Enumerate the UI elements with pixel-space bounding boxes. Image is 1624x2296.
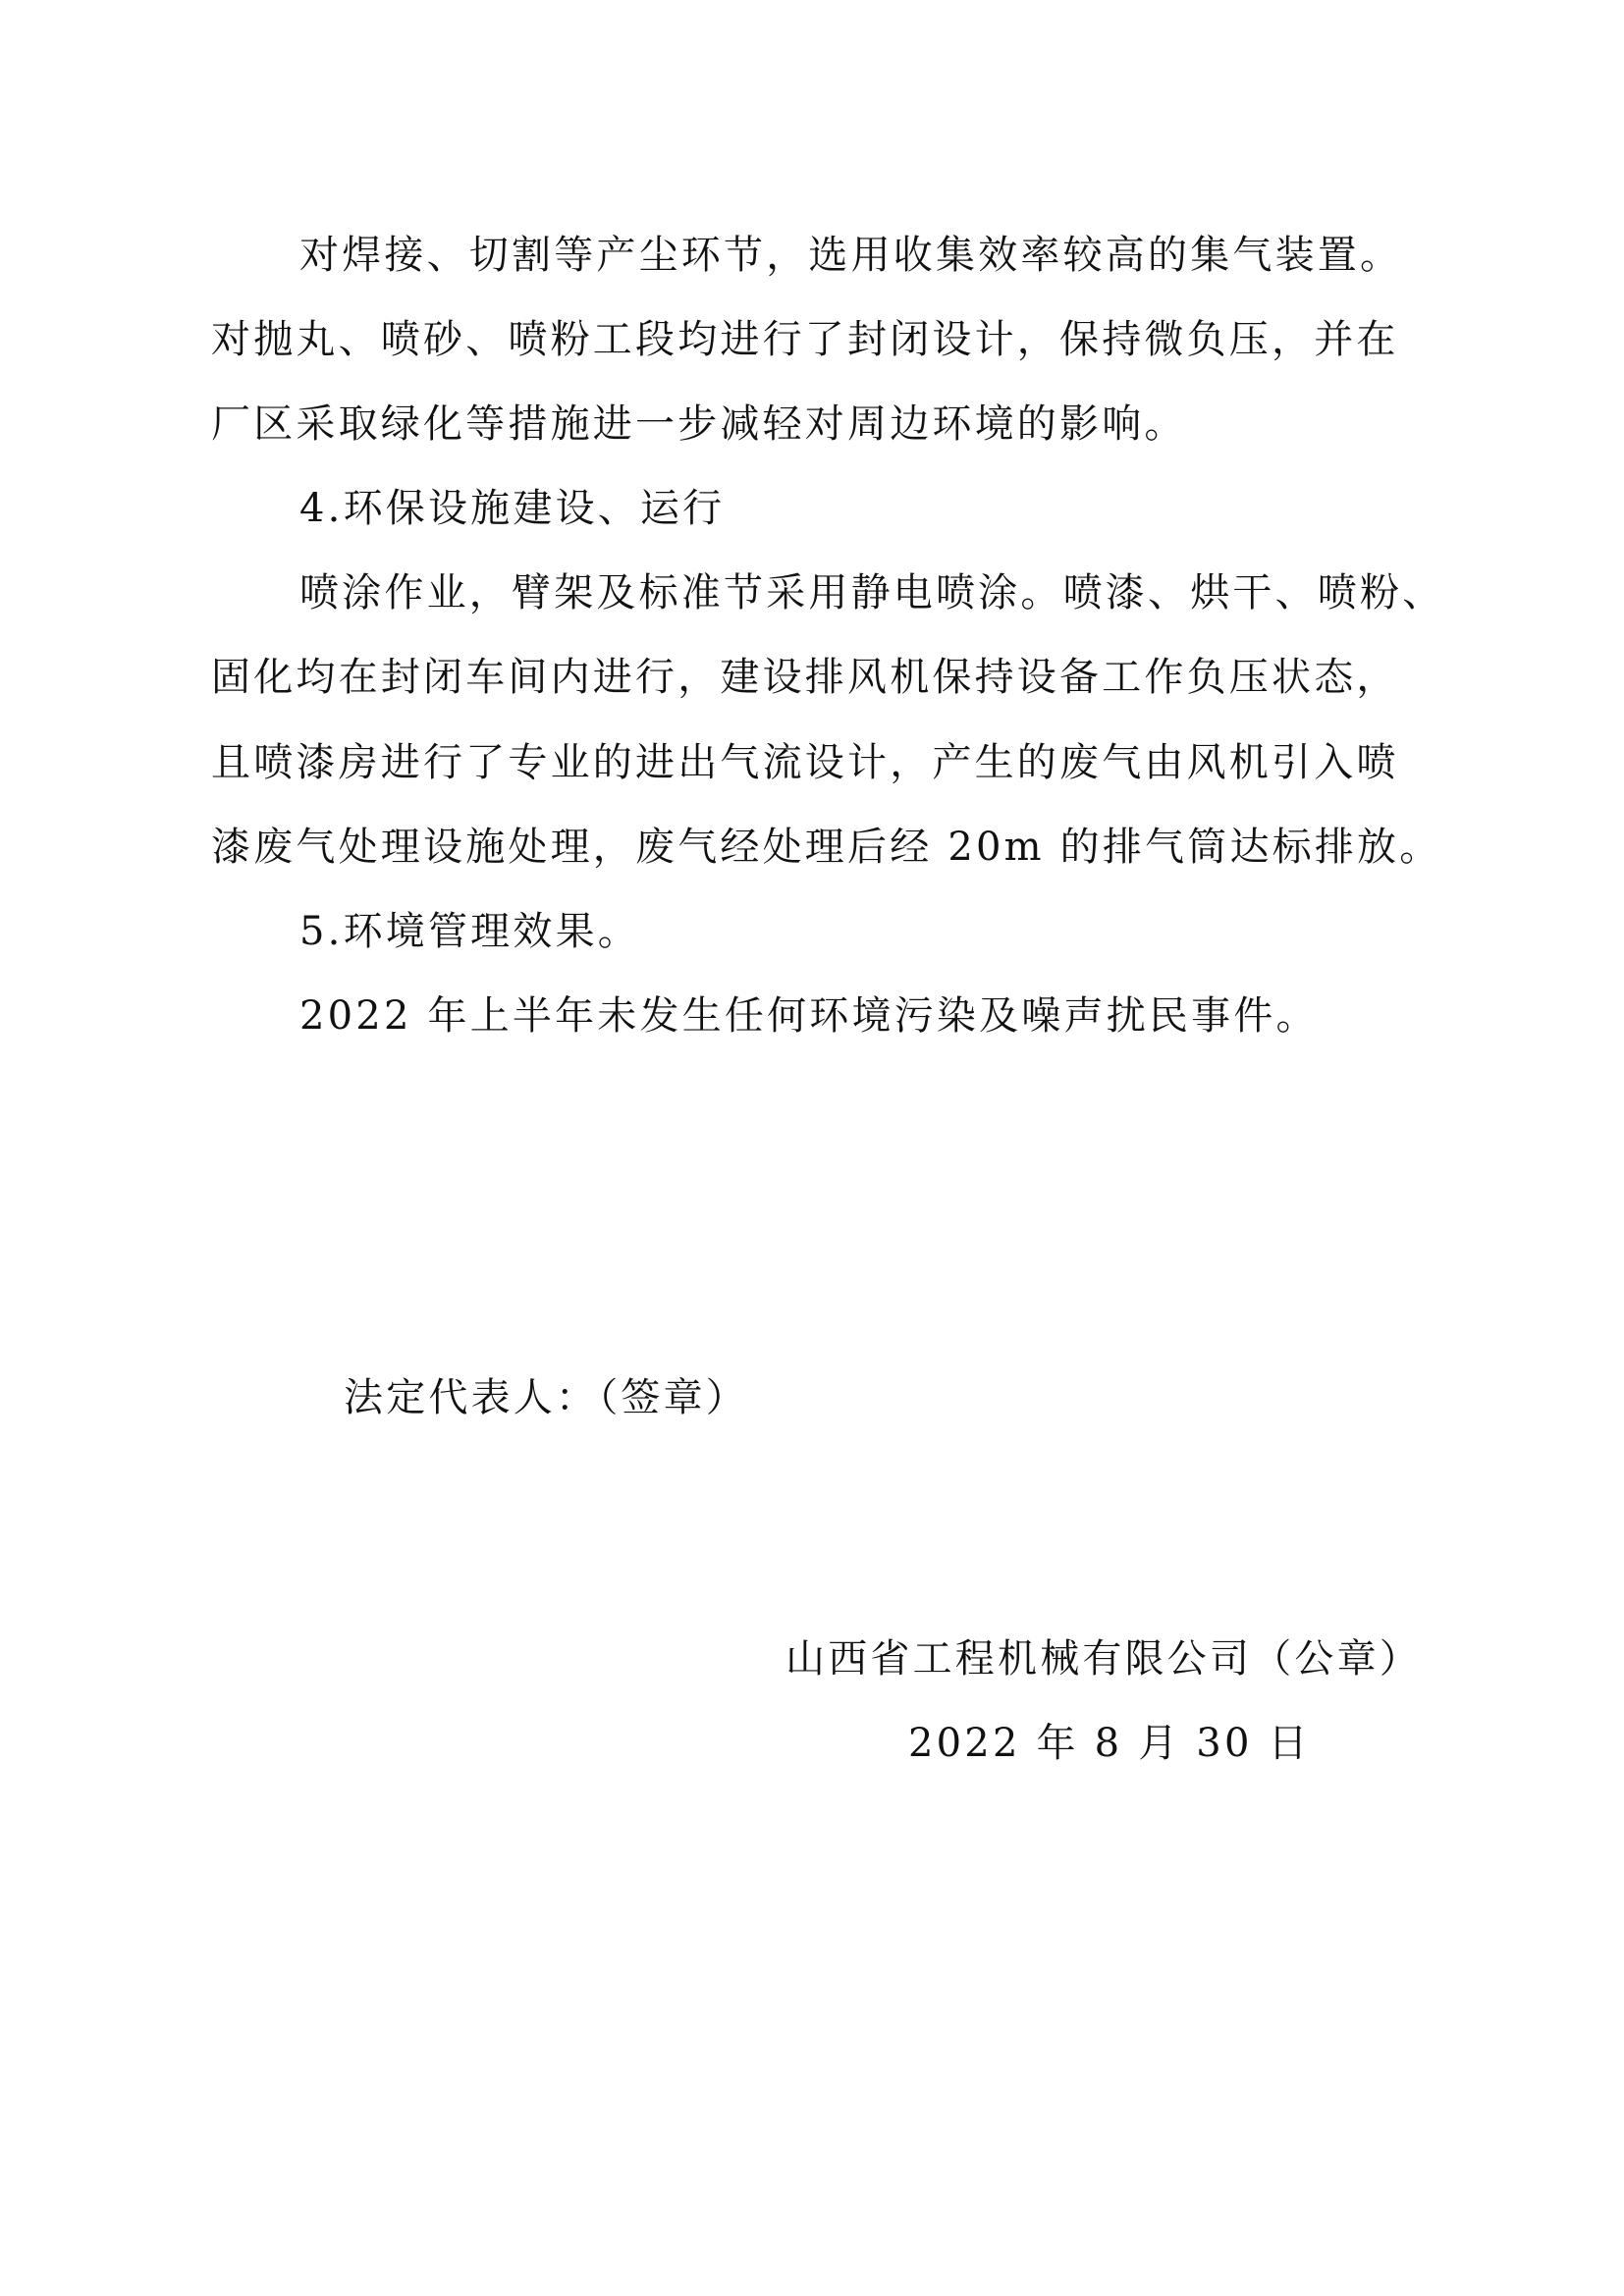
company-seal-line: 山西省工程机械有限公司（公章） bbox=[785, 1635, 1422, 1682]
paragraph-line: 喷涂作业，臂架及标准节采用静电喷涂。喷漆、烘干、喷粉、 bbox=[299, 569, 1444, 616]
paragraph-line: 且喷漆房进行了专业的进出气流设计，产生的废气由风机引入喷 bbox=[211, 739, 1399, 786]
paragraph-line: 对焊接、切割等产尘环节，选用收集效率较高的集气装置。 bbox=[299, 232, 1402, 279]
paragraph-line: 对抛丸、喷砂、喷粉工段均进行了封闭设计，保持微负压，并在 bbox=[211, 316, 1399, 363]
paragraph-line: 固化均在封闭车间内进行，建设排风机保持设备工作负压状态， bbox=[211, 654, 1399, 701]
paragraph-line: 2022 年上半年未发生任何环境污染及噪声扰民事件。 bbox=[299, 992, 1319, 1040]
legal-representative-signature: 法定代表人：（签章） bbox=[344, 1374, 748, 1421]
section-heading: 4.环保设施建设、运行 bbox=[299, 485, 725, 532]
section-heading: 5.环境管理效果。 bbox=[299, 908, 640, 955]
document-date: 2022 年 8 月 30 日 bbox=[908, 1720, 1311, 1767]
paragraph-line: 厂区采取绿化等措施进一步减轻对周边环境的影响。 bbox=[211, 400, 1187, 448]
paragraph-line: 漆废气处理设施处理，废气经处理后经 20m 的排气筒达标排放。 bbox=[211, 824, 1441, 871]
